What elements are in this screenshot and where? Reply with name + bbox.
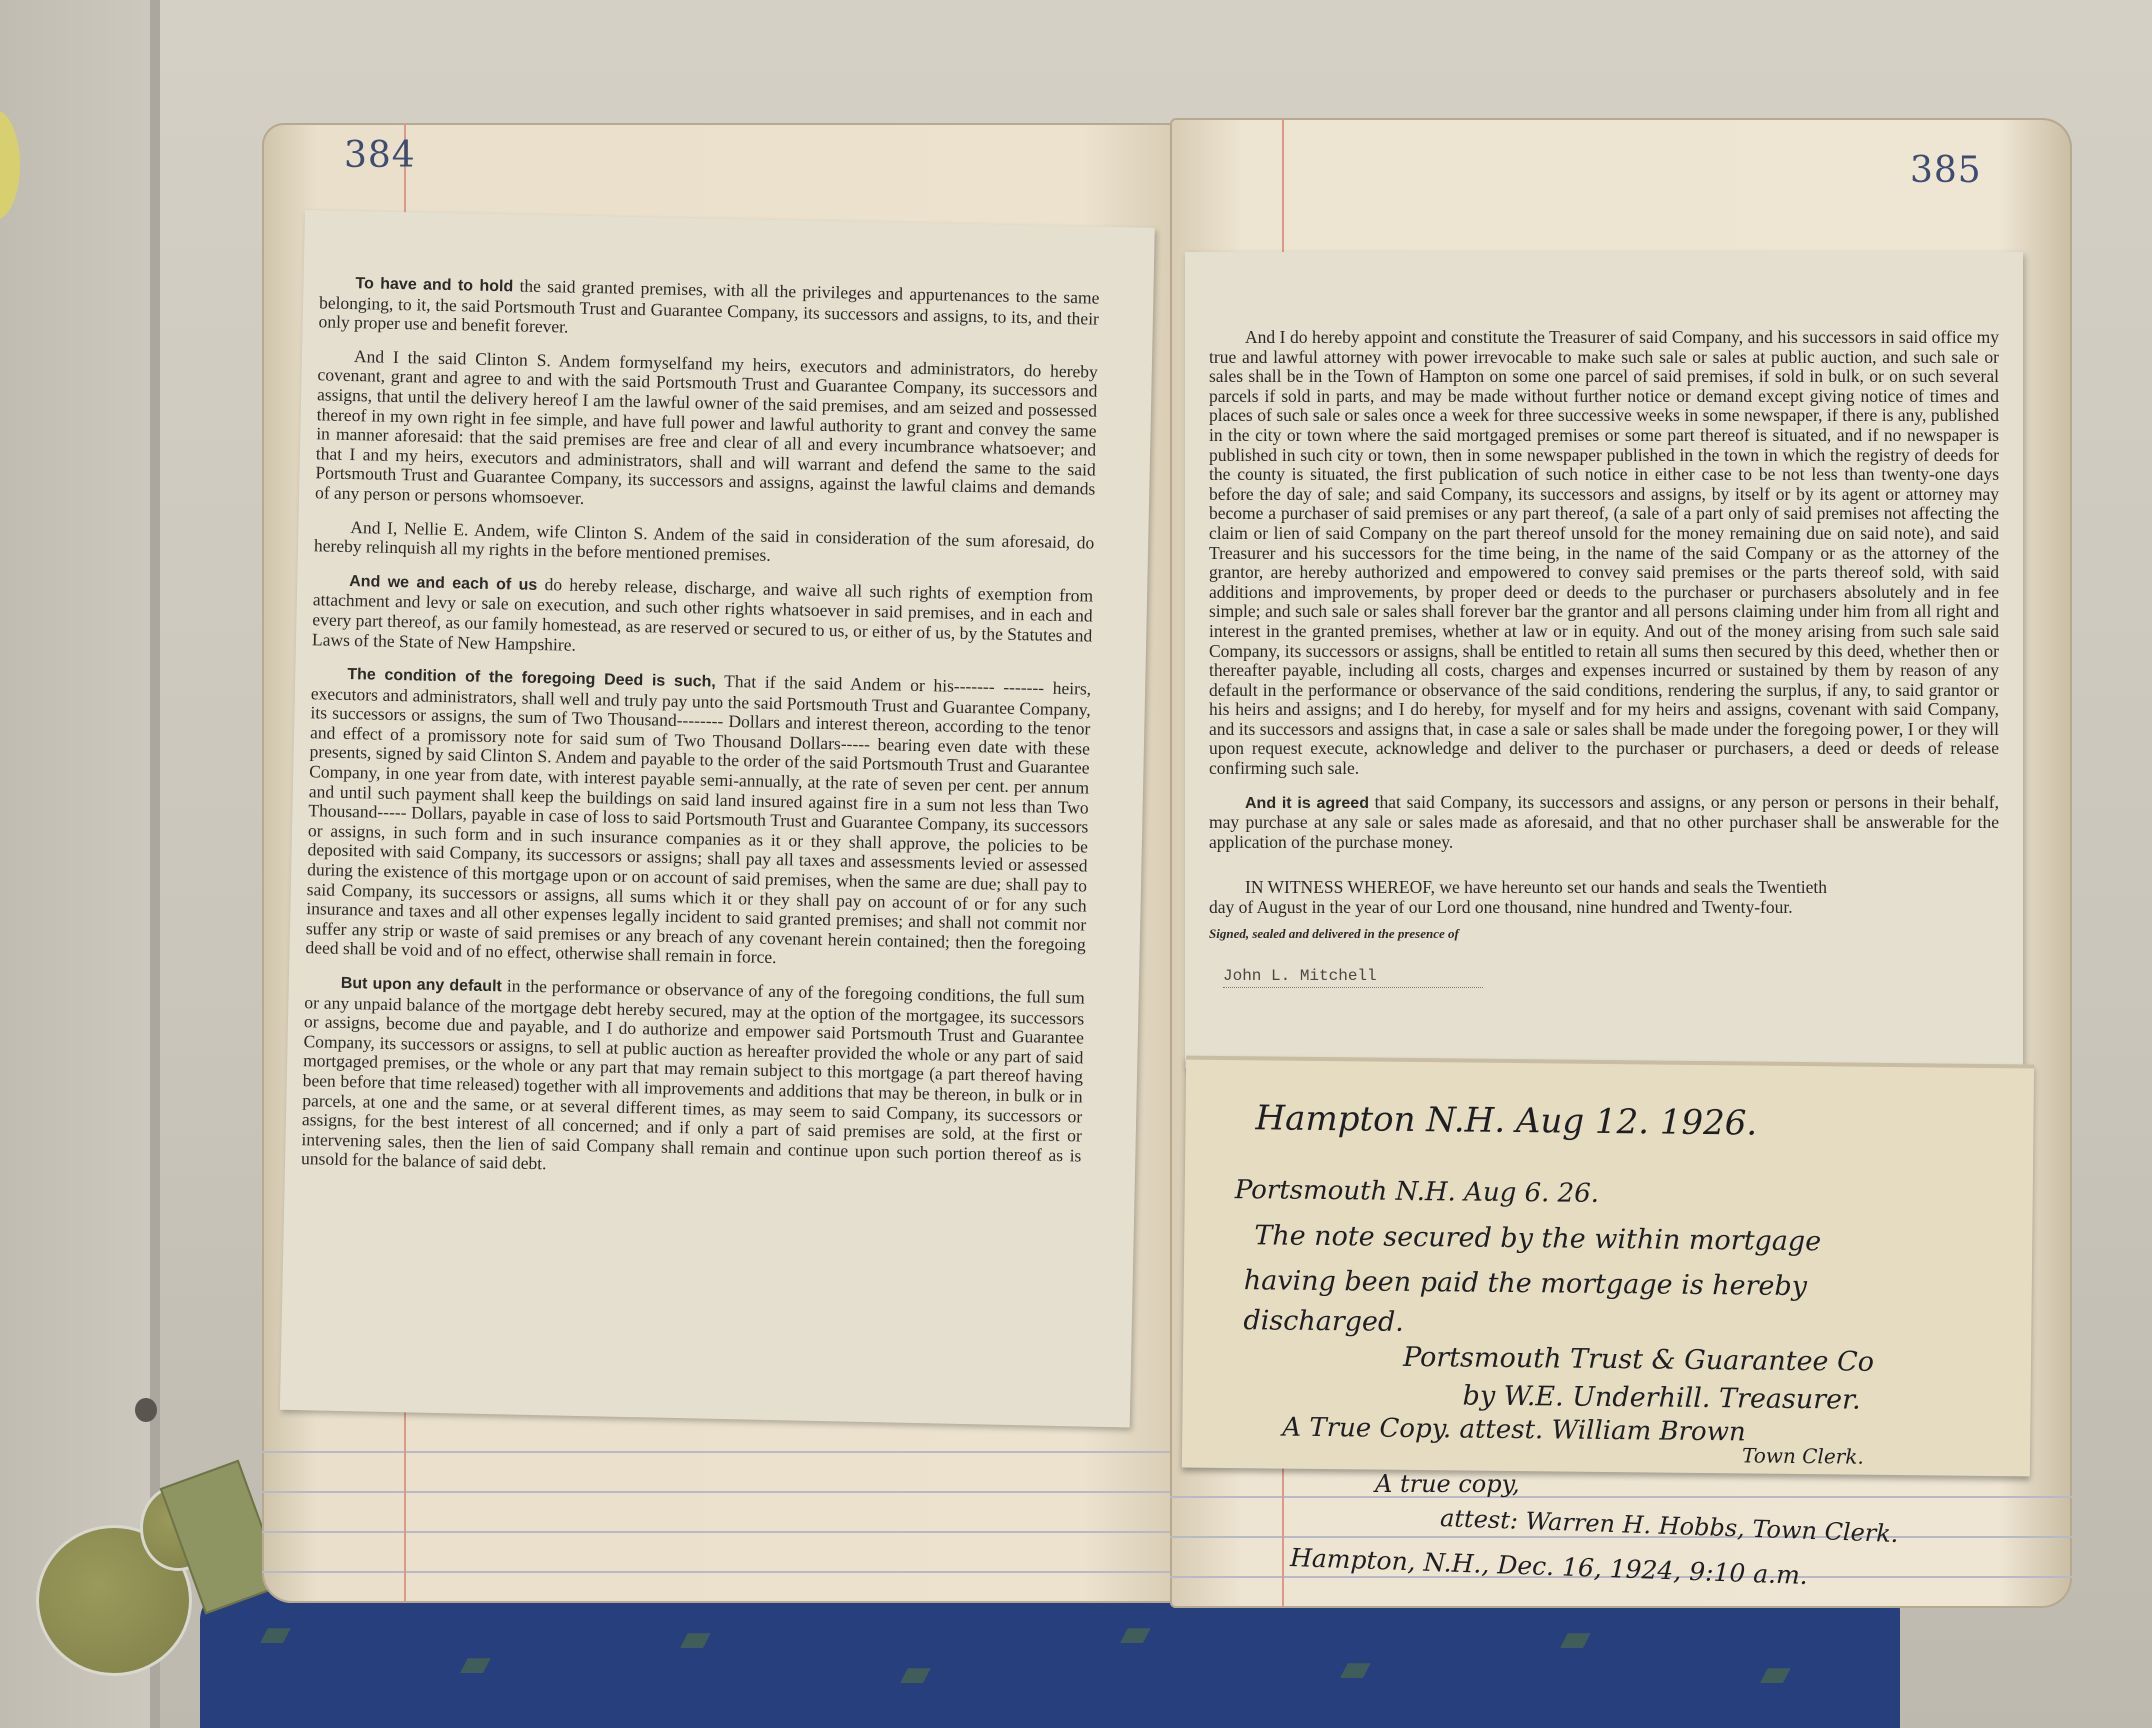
witness-line-1: IN WITNESS WHEREOF, we have hereunto set… xyxy=(1209,878,1999,898)
ruled-lines xyxy=(262,1413,1174,1593)
discharge-note: Hampton N.H. Aug 12. 1926. Portsmouth N.… xyxy=(1182,1056,2034,1477)
page-number-right: 385 xyxy=(1910,150,1982,191)
wooden-board xyxy=(0,0,160,1728)
paragraph-to-have-and-to-hold: To have and to hold the said granted pre… xyxy=(318,272,1099,348)
page-number-left: 384 xyxy=(344,135,416,176)
note-line: discharged. xyxy=(1243,1305,1404,1338)
blue-cloth: ▰▰ ▰▰ ▰▰ ▰▰ xyxy=(200,1590,1900,1728)
deed-sheet-right: And I do hereby appoint and constitute t… xyxy=(1185,252,2023,1068)
paragraph-condition: The condition of the foregoing Deed is s… xyxy=(305,663,1091,974)
paragraph-power-of-sale: And I do hereby appoint and constitute t… xyxy=(1209,328,1999,779)
note-line: The note secured by the within mortgage xyxy=(1254,1220,1821,1257)
note-heading: Hampton N.H. Aug 12. 1926. xyxy=(1255,1098,1757,1143)
board-edge xyxy=(150,0,160,1728)
peg-hole xyxy=(135,1398,157,1422)
signed-label: Signed, sealed and delivered in the pres… xyxy=(1209,924,1999,944)
paragraph-default: But upon any default in the performance … xyxy=(301,972,1085,1185)
attestation-line: A true copy, xyxy=(1375,1470,1520,1498)
witness-block: IN WITNESS WHEREOF, we have hereunto set… xyxy=(1209,878,1999,987)
witness-line-2: day of August in the year of our Lord on… xyxy=(1209,898,1999,918)
note-line: having been paid the mortgage is hereby xyxy=(1244,1265,1808,1302)
note-line: Portsmouth N.H. Aug 6. 26. xyxy=(1235,1175,1600,1209)
deed-text-right: And I do hereby appoint and constitute t… xyxy=(1209,328,1999,988)
note-line: A True Copy. attest. William Brown xyxy=(1282,1413,1746,1448)
deed-sheet-left: To have and to hold the said granted pre… xyxy=(280,210,1155,1428)
note-line: Portsmouth Trust & Guarantee Co xyxy=(1403,1342,1874,1378)
note-line: by W.E. Underhill. Treasurer. xyxy=(1462,1380,1860,1415)
paragraph-agreed: And it is agreed that said Company, its … xyxy=(1209,793,1999,853)
paragraph-covenant: And I the said Clinton S. Andem formysel… xyxy=(315,346,1098,519)
paragraph-wife-release: And I, Nellie E. Andem, wife Clinton S. … xyxy=(314,517,1095,573)
deed-text-left: To have and to hold the said granted pre… xyxy=(301,272,1100,1199)
witness-name: John L. Mitchell xyxy=(1223,967,1483,988)
note-line: Town Clerk. xyxy=(1742,1443,1864,1468)
paragraph-homestead-waiver: And we and each of us do hereby release,… xyxy=(312,570,1093,666)
